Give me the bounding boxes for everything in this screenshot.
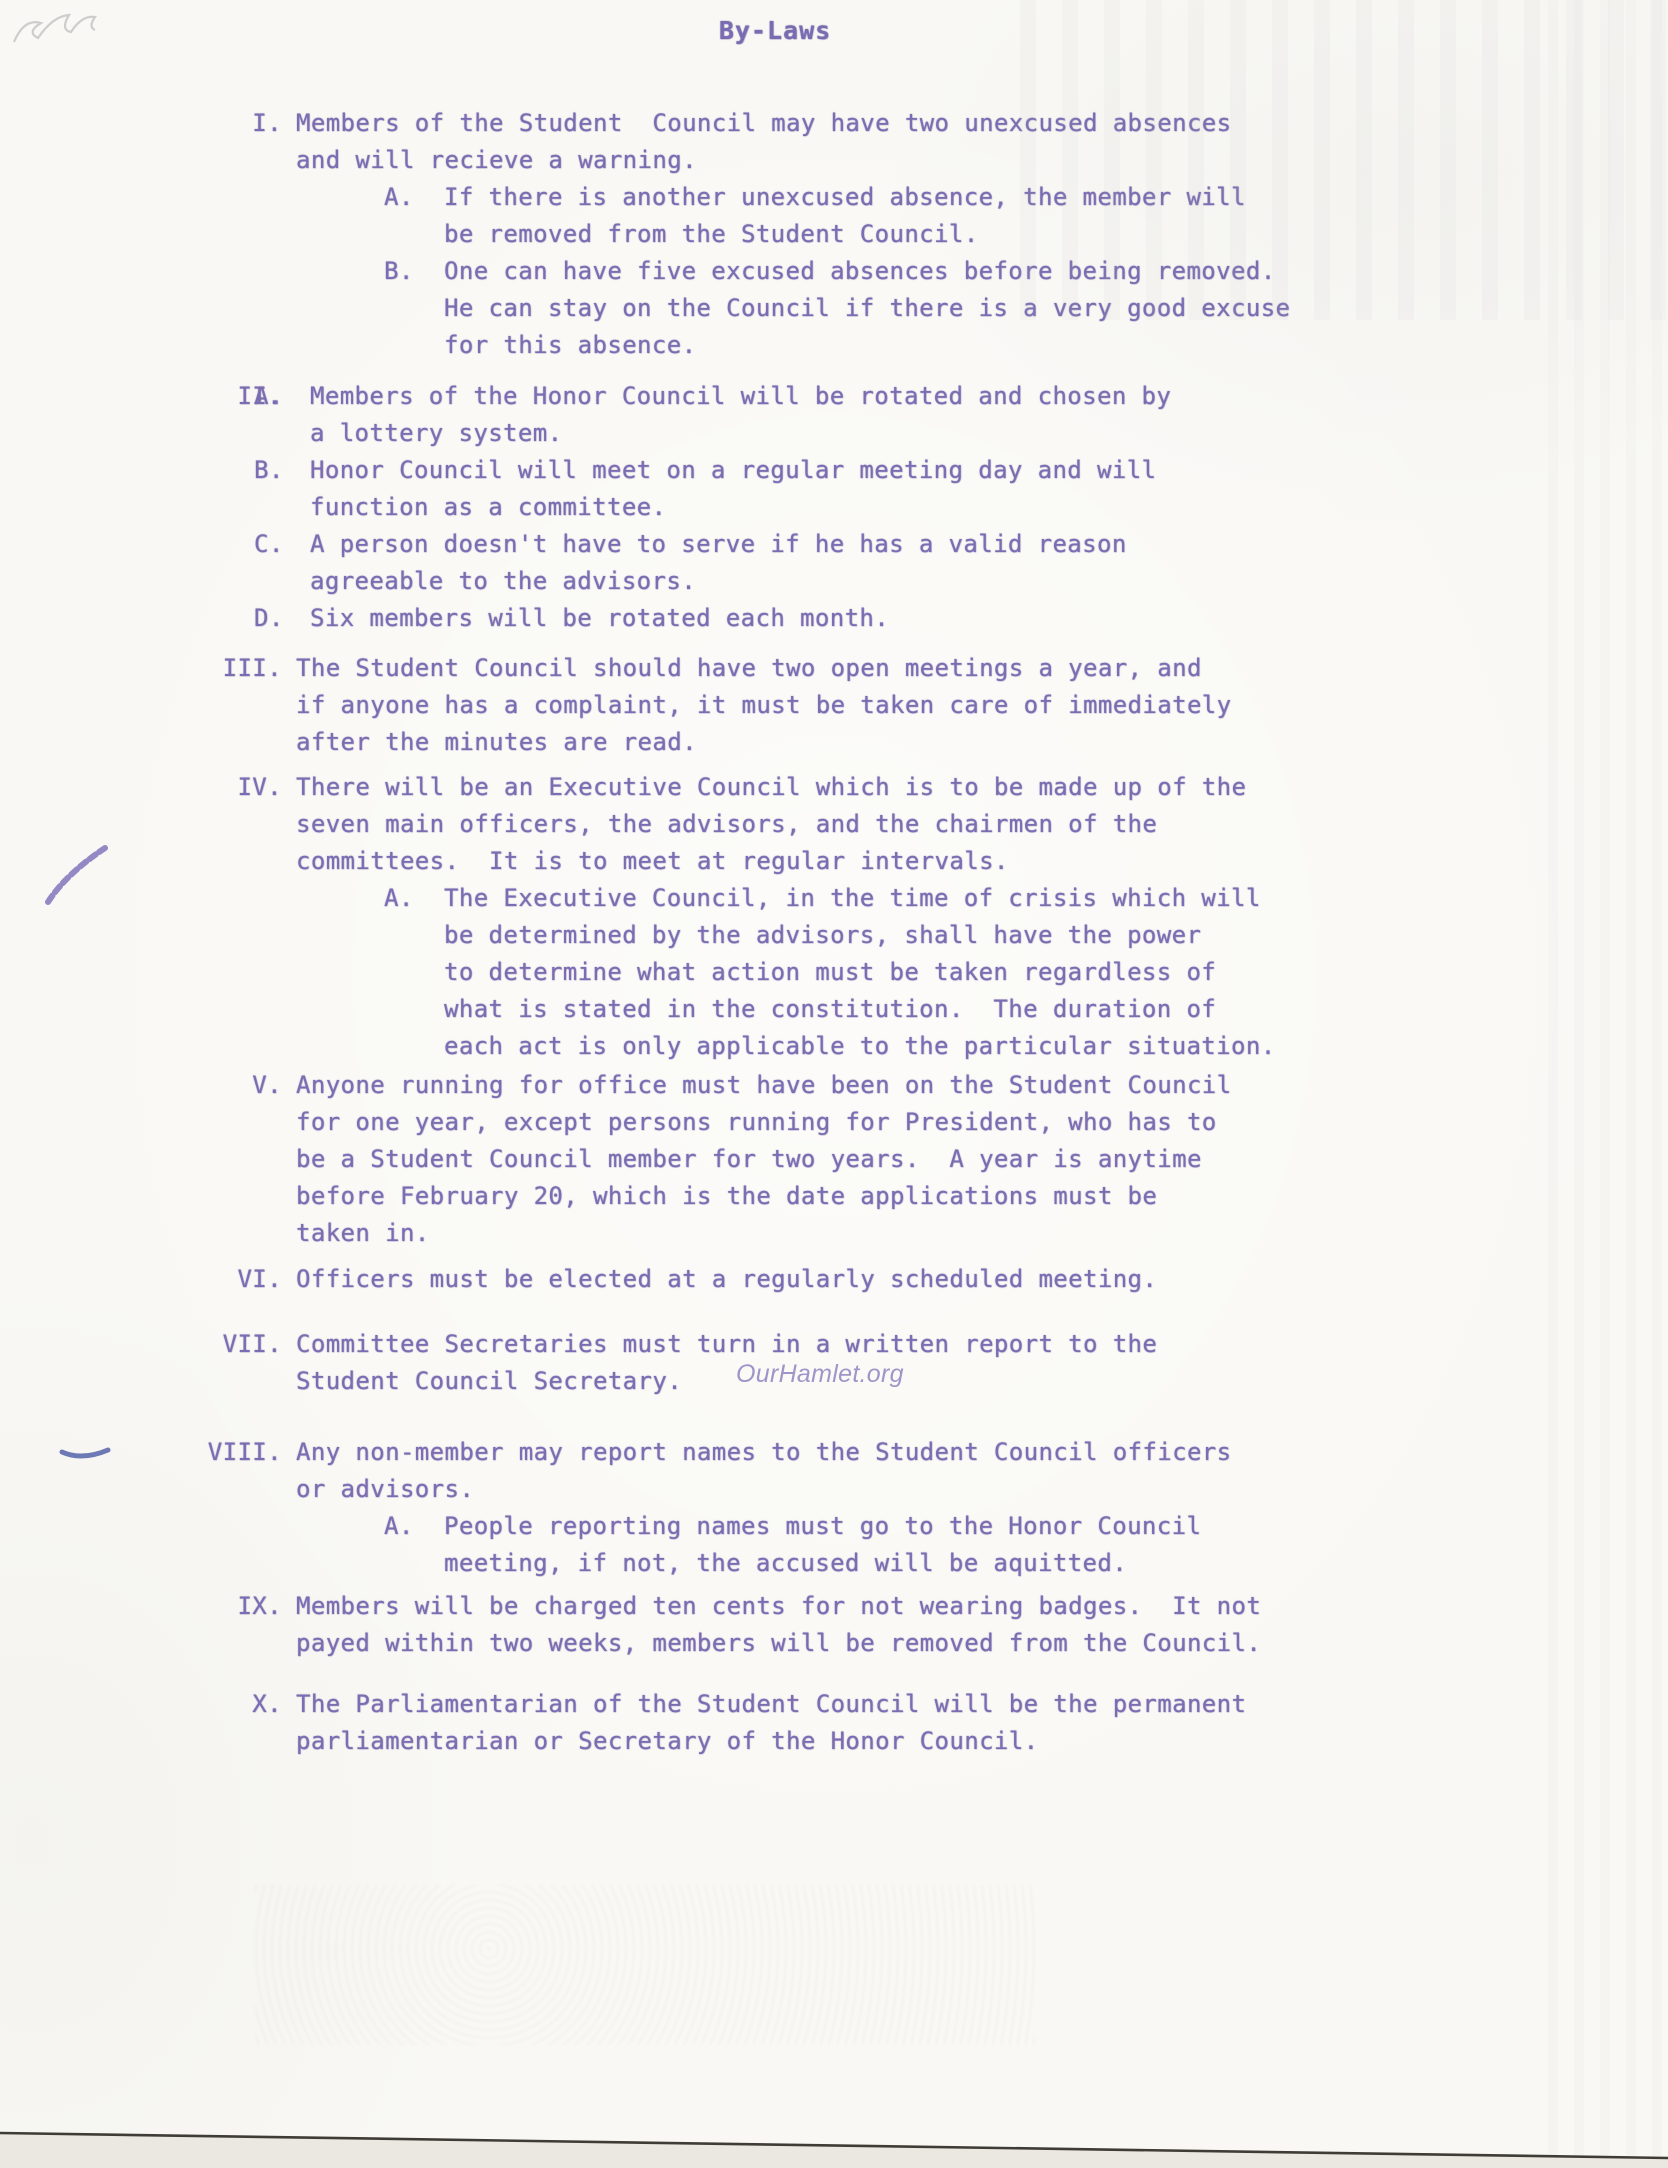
section-subitems: A. The Executive Council, in the time of… [384, 880, 1500, 1065]
section-subitems: A. People reporting names must go to the… [384, 1508, 1500, 1582]
section-numeral: X. [160, 1686, 282, 1723]
bylaw-section: V. Anyone running for office must have b… [160, 1067, 1500, 1252]
section-content: The Student Council should have two open… [296, 650, 1500, 761]
section-content: Officers must be elected at a regularly … [296, 1261, 1500, 1298]
subitem-text: If there is another unexcused absence, t… [444, 179, 1246, 253]
bylaw-section: IX. Members will be charged ten cents fo… [160, 1588, 1500, 1662]
bylaw-section: III. The Student Council should have two… [160, 650, 1500, 761]
subitem-text: A person doesn't have to serve if he has… [310, 526, 1127, 600]
section-text: Members will be charged ten cents for no… [296, 1588, 1500, 1662]
section-text: There will be an Executive Council which… [296, 769, 1500, 880]
subitem-letter: B. [254, 452, 296, 489]
section-numeral: V. [160, 1067, 282, 1104]
watermark-text: OurHamlet.org [736, 1360, 904, 1389]
subitem-text: Honor Council will meet on a regular mee… [310, 452, 1156, 526]
bylaws-list: I. Members of the Student Council may ha… [160, 105, 1500, 1760]
section-numeral: III. [160, 650, 282, 687]
bylaw-section: IV. There will be an Executive Council w… [160, 769, 1500, 1065]
section-content: The Parliamentarian of the Student Counc… [296, 1686, 1500, 1760]
bylaw-subitem: C. A person doesn't have to serve if he … [254, 526, 1500, 600]
section-content: A. Members of the Honor Council will be … [296, 378, 1500, 637]
pen-slash-mark [48, 848, 105, 902]
subitem-text: One can have five excused absences befor… [444, 253, 1290, 364]
section-numeral: VII. [160, 1326, 282, 1363]
paper-edge-line [0, 2133, 1668, 2158]
paper-edge-shadow [0, 2134, 1668, 2168]
subitem-letter: A. [384, 1508, 430, 1545]
section-numeral: VIII. [160, 1434, 282, 1471]
bylaw-subitem: A. The Executive Council, in the time of… [384, 880, 1500, 1065]
paper-bottom-edge [0, 2120, 1668, 2168]
section-numeral: IV. [160, 769, 282, 806]
bylaw-subitem: B. Honor Council will meet on a regular … [254, 452, 1500, 526]
section-subitems: A. Members of the Honor Council will be … [254, 378, 1500, 637]
subitem-letter: B. [384, 253, 430, 290]
page-title: By-Laws [0, 0, 1550, 49]
subitem-text: The Executive Council, in the time of cr… [444, 880, 1276, 1065]
section-subitems: A. If there is another unexcused absence… [384, 179, 1500, 364]
subitem-text: Members of the Honor Council will be rot… [310, 378, 1171, 452]
section-numeral: IX. [160, 1588, 282, 1625]
pen-dash-mark [62, 1450, 108, 1456]
ink-bleedthrough-noise [255, 1885, 1035, 2045]
bylaw-section: VIII. Any non-member may report names to… [160, 1434, 1500, 1582]
subitem-letter: A. [384, 179, 430, 216]
subitem-letter: D. [254, 600, 296, 637]
section-text: Members of the Student Council may have … [296, 105, 1500, 179]
subitem-letter: A. [254, 378, 296, 415]
section-text: Anyone running for office must have been… [296, 1067, 1500, 1252]
bylaw-subitem: A. Members of the Honor Council will be … [254, 378, 1500, 452]
bylaw-section: I. Members of the Student Council may ha… [160, 105, 1500, 364]
bylaw-section: II. A. Members of the Honor Council will… [160, 378, 1500, 637]
section-content: Any non-member may report names to the S… [296, 1434, 1500, 1582]
subitem-text: People reporting names must go to the Ho… [444, 1508, 1201, 1582]
section-numeral: I. [160, 105, 282, 142]
bylaw-subitem: B. One can have five excused absences be… [384, 253, 1500, 364]
section-text: Any non-member may report names to the S… [296, 1434, 1500, 1508]
section-content: There will be an Executive Council which… [296, 769, 1500, 1065]
scanned-document-page: By-Laws I. Members of the Student Counci… [0, 0, 1668, 2168]
section-text: The Student Council should have two open… [296, 650, 1500, 761]
section-text: Officers must be elected at a regularly … [296, 1261, 1500, 1298]
bylaw-section: X. The Parliamentarian of the Student Co… [160, 1686, 1500, 1760]
section-content: Members of the Student Council may have … [296, 105, 1500, 364]
section-text: The Parliamentarian of the Student Counc… [296, 1686, 1500, 1760]
subitem-letter: C. [254, 526, 296, 563]
subitem-letter: A. [384, 880, 430, 917]
section-numeral: VI. [160, 1261, 282, 1298]
section-content: Members will be charged ten cents for no… [296, 1588, 1500, 1662]
bylaw-subitem: D. Six members will be rotated each mont… [254, 600, 1500, 637]
bylaw-subitem: A. If there is another unexcused absence… [384, 179, 1500, 253]
subitem-text: Six members will be rotated each month. [310, 600, 889, 637]
bylaw-section: VI. Officers must be elected at a regula… [160, 1261, 1500, 1298]
scan-streaks-right-edge [1548, 0, 1668, 2168]
bylaw-subitem: A. People reporting names must go to the… [384, 1508, 1500, 1582]
section-content: Anyone running for office must have been… [296, 1067, 1500, 1252]
